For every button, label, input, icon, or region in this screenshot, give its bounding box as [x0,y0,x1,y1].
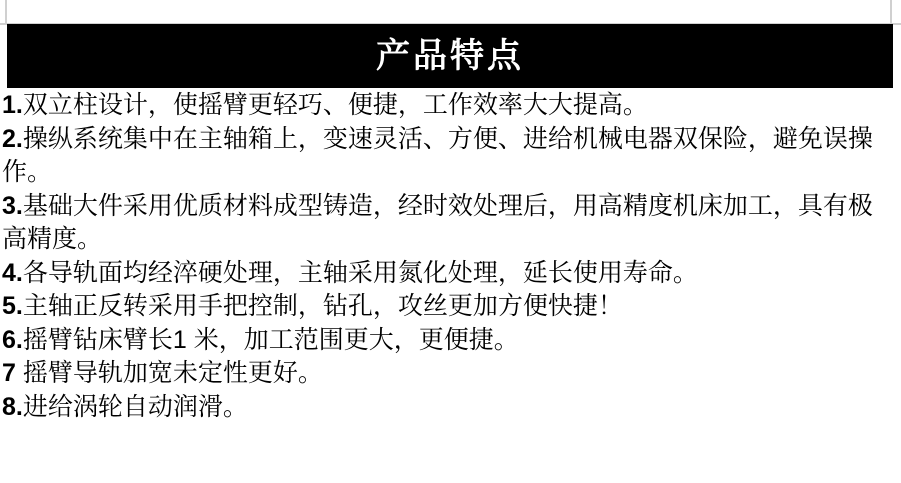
feature-item-7: 7 摇臂导轨加宽未定性更好。 [2,357,882,391]
feature-text: 双立柱设计，使摇臂更轻巧、便捷，工作效率大大提高。 [23,91,648,119]
feature-number: 8. [2,393,23,421]
feature-text: 各导轨面均经淬硬处理，主轴采用氮化处理，延长使用寿命。 [23,259,698,287]
feature-item-1: 1.双立柱设计，使摇臂更轻巧、便捷，工作效率大大提高。 [2,89,882,123]
feature-item-6: 6.摇臂钻床臂长1 米，加工范围更大，更便捷。 [2,324,882,358]
feature-item-5: 5.主轴正反转采用手把控制，钻孔，攻丝更加方便快捷！ [2,290,882,324]
table-border-vertical-right [890,0,892,24]
feature-text: 摇臂导轨加宽未定性更好。 [16,359,323,387]
feature-item-4: 4.各导轨面均经淬硬处理，主轴采用氮化处理，延长使用寿命。 [2,257,882,291]
feature-item-8: 8.进给涡轮自动润滑。 [2,391,882,425]
feature-text: 主轴正反转采用手把控制，钻孔，攻丝更加方便快捷！ [23,292,623,320]
feature-text: 进给涡轮自动润滑。 [23,393,248,421]
feature-number: 4. [2,259,23,287]
feature-number: 1. [2,91,23,119]
feature-list: 1.双立柱设计，使摇臂更轻巧、便捷，工作效率大大提高。 2.操纵系统集中在主轴箱… [2,89,882,424]
feature-item-3: 3.基础大件采用优质材料成型铸造，经时效处理后，用高精度机床加工，具有极高精度。 [2,190,882,257]
feature-text: 基础大件采用优质材料成型铸造，经时效处理后，用高精度机床加工，具有极高精度。 [2,192,873,254]
section-title: 产品特点 [376,39,524,73]
feature-item-2: 2.操纵系统集中在主轴箱上，变速灵活、方便、进给机械电器双保险，避免误操作。 [2,123,882,190]
section-title-bar: 产品特点 [7,24,893,88]
feature-number: 2. [2,125,23,153]
feature-number: 7 [2,359,16,387]
feature-text: 摇臂钻床臂长1 米，加工范围更大，更便捷。 [23,326,519,354]
table-border-vertical-left [5,0,7,24]
feature-number: 6. [2,326,23,354]
feature-number: 3. [2,192,23,220]
feature-text: 操纵系统集中在主轴箱上，变速灵活、方便、进给机械电器双保险，避免误操作。 [2,125,873,187]
feature-number: 5. [2,292,23,320]
